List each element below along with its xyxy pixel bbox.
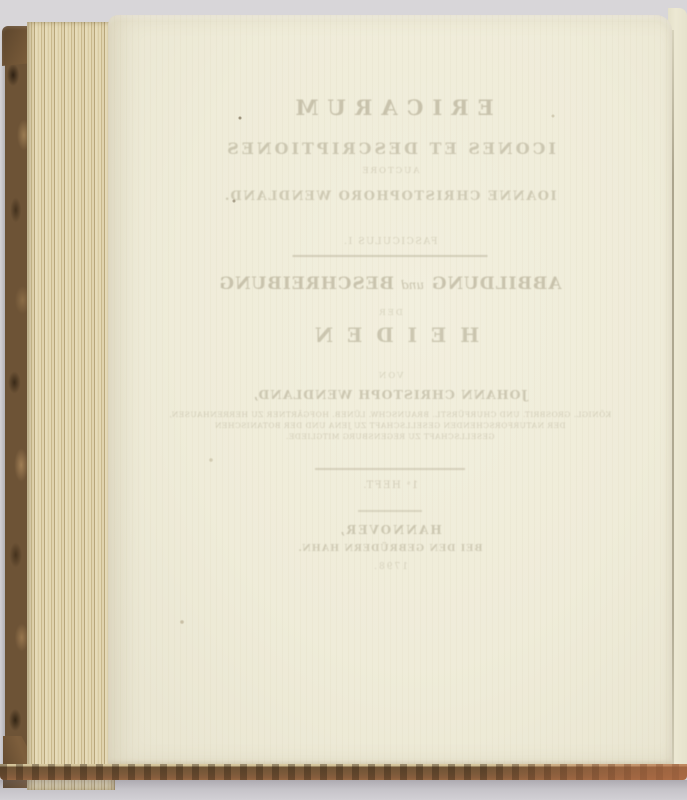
book-drop-shadow — [0, 780, 687, 800]
showthrough-german-der: DER — [108, 308, 672, 318]
open-book: ERICARUM ICONES ET DESCRIPTIONES AUCTORE… — [0, 0, 687, 800]
showthrough-credentials-3: GESELLSCHAFT ZU REGENSBURG MITGLIEDE. — [108, 432, 672, 441]
showthrough-latin-author: IOANNE CHRISTOPHORO WENDLAND. — [108, 189, 672, 204]
showthrough-latin-subtitle: ICONES ET DESCRIPTIONES — [108, 139, 672, 158]
showthrough-german-von: VON — [108, 371, 672, 381]
showthrough-rule-3 — [358, 510, 422, 512]
german-title-part2: BESCHREIBUNG — [219, 274, 394, 294]
showthrough-rule-2 — [315, 468, 465, 470]
german-title-part1: ABBILDUNG — [431, 274, 561, 294]
showthrough-imprint-year: 1798. — [108, 562, 672, 572]
photo-background: ERICARUM ICONES ET DESCRIPTIONES AUCTORE… — [0, 0, 687, 800]
page-edges-fan — [27, 22, 115, 790]
showthrough-credentials-2: DER NATURFORSCHENDEN GESELLSCHAFT ZU JEN… — [108, 421, 672, 430]
showthrough-latin-title: ERICARUM — [108, 95, 672, 120]
showthrough-imprint-city: HANNOVER, — [108, 523, 672, 537]
showthrough-german-author: JOHANN CHRISTOPH WENDLAND, — [108, 387, 672, 402]
showthrough-title-text: ERICARUM ICONES ET DESCRIPTIONES AUCTORE… — [108, 15, 672, 765]
showthrough-heft-number: 1ˢ HEFT. — [108, 480, 672, 491]
showthrough-latin-byline: AUCTORE — [108, 166, 672, 176]
showthrough-credentials-1: KÖNIGL. GROSBRIT. UND CHURFÜRSTL. BRAUNS… — [108, 410, 672, 419]
german-title-conj: und — [401, 278, 424, 292]
showthrough-imprint-publisher: BEI DEN GEBRÜDERN HAHN. — [108, 543, 672, 554]
showthrough-rule-1 — [293, 255, 488, 257]
showthrough-german-heiden: HEIDEN — [108, 323, 672, 347]
board-edge-bottom — [0, 764, 687, 780]
showthrough-latin-fascicle: FASCICULUS I. — [108, 236, 672, 247]
blank-page: ERICARUM ICONES ET DESCRIPTIONES AUCTORE… — [108, 15, 672, 765]
showthrough-german-title: ABBILDUNG und BESCHREIBUNG — [108, 274, 672, 294]
